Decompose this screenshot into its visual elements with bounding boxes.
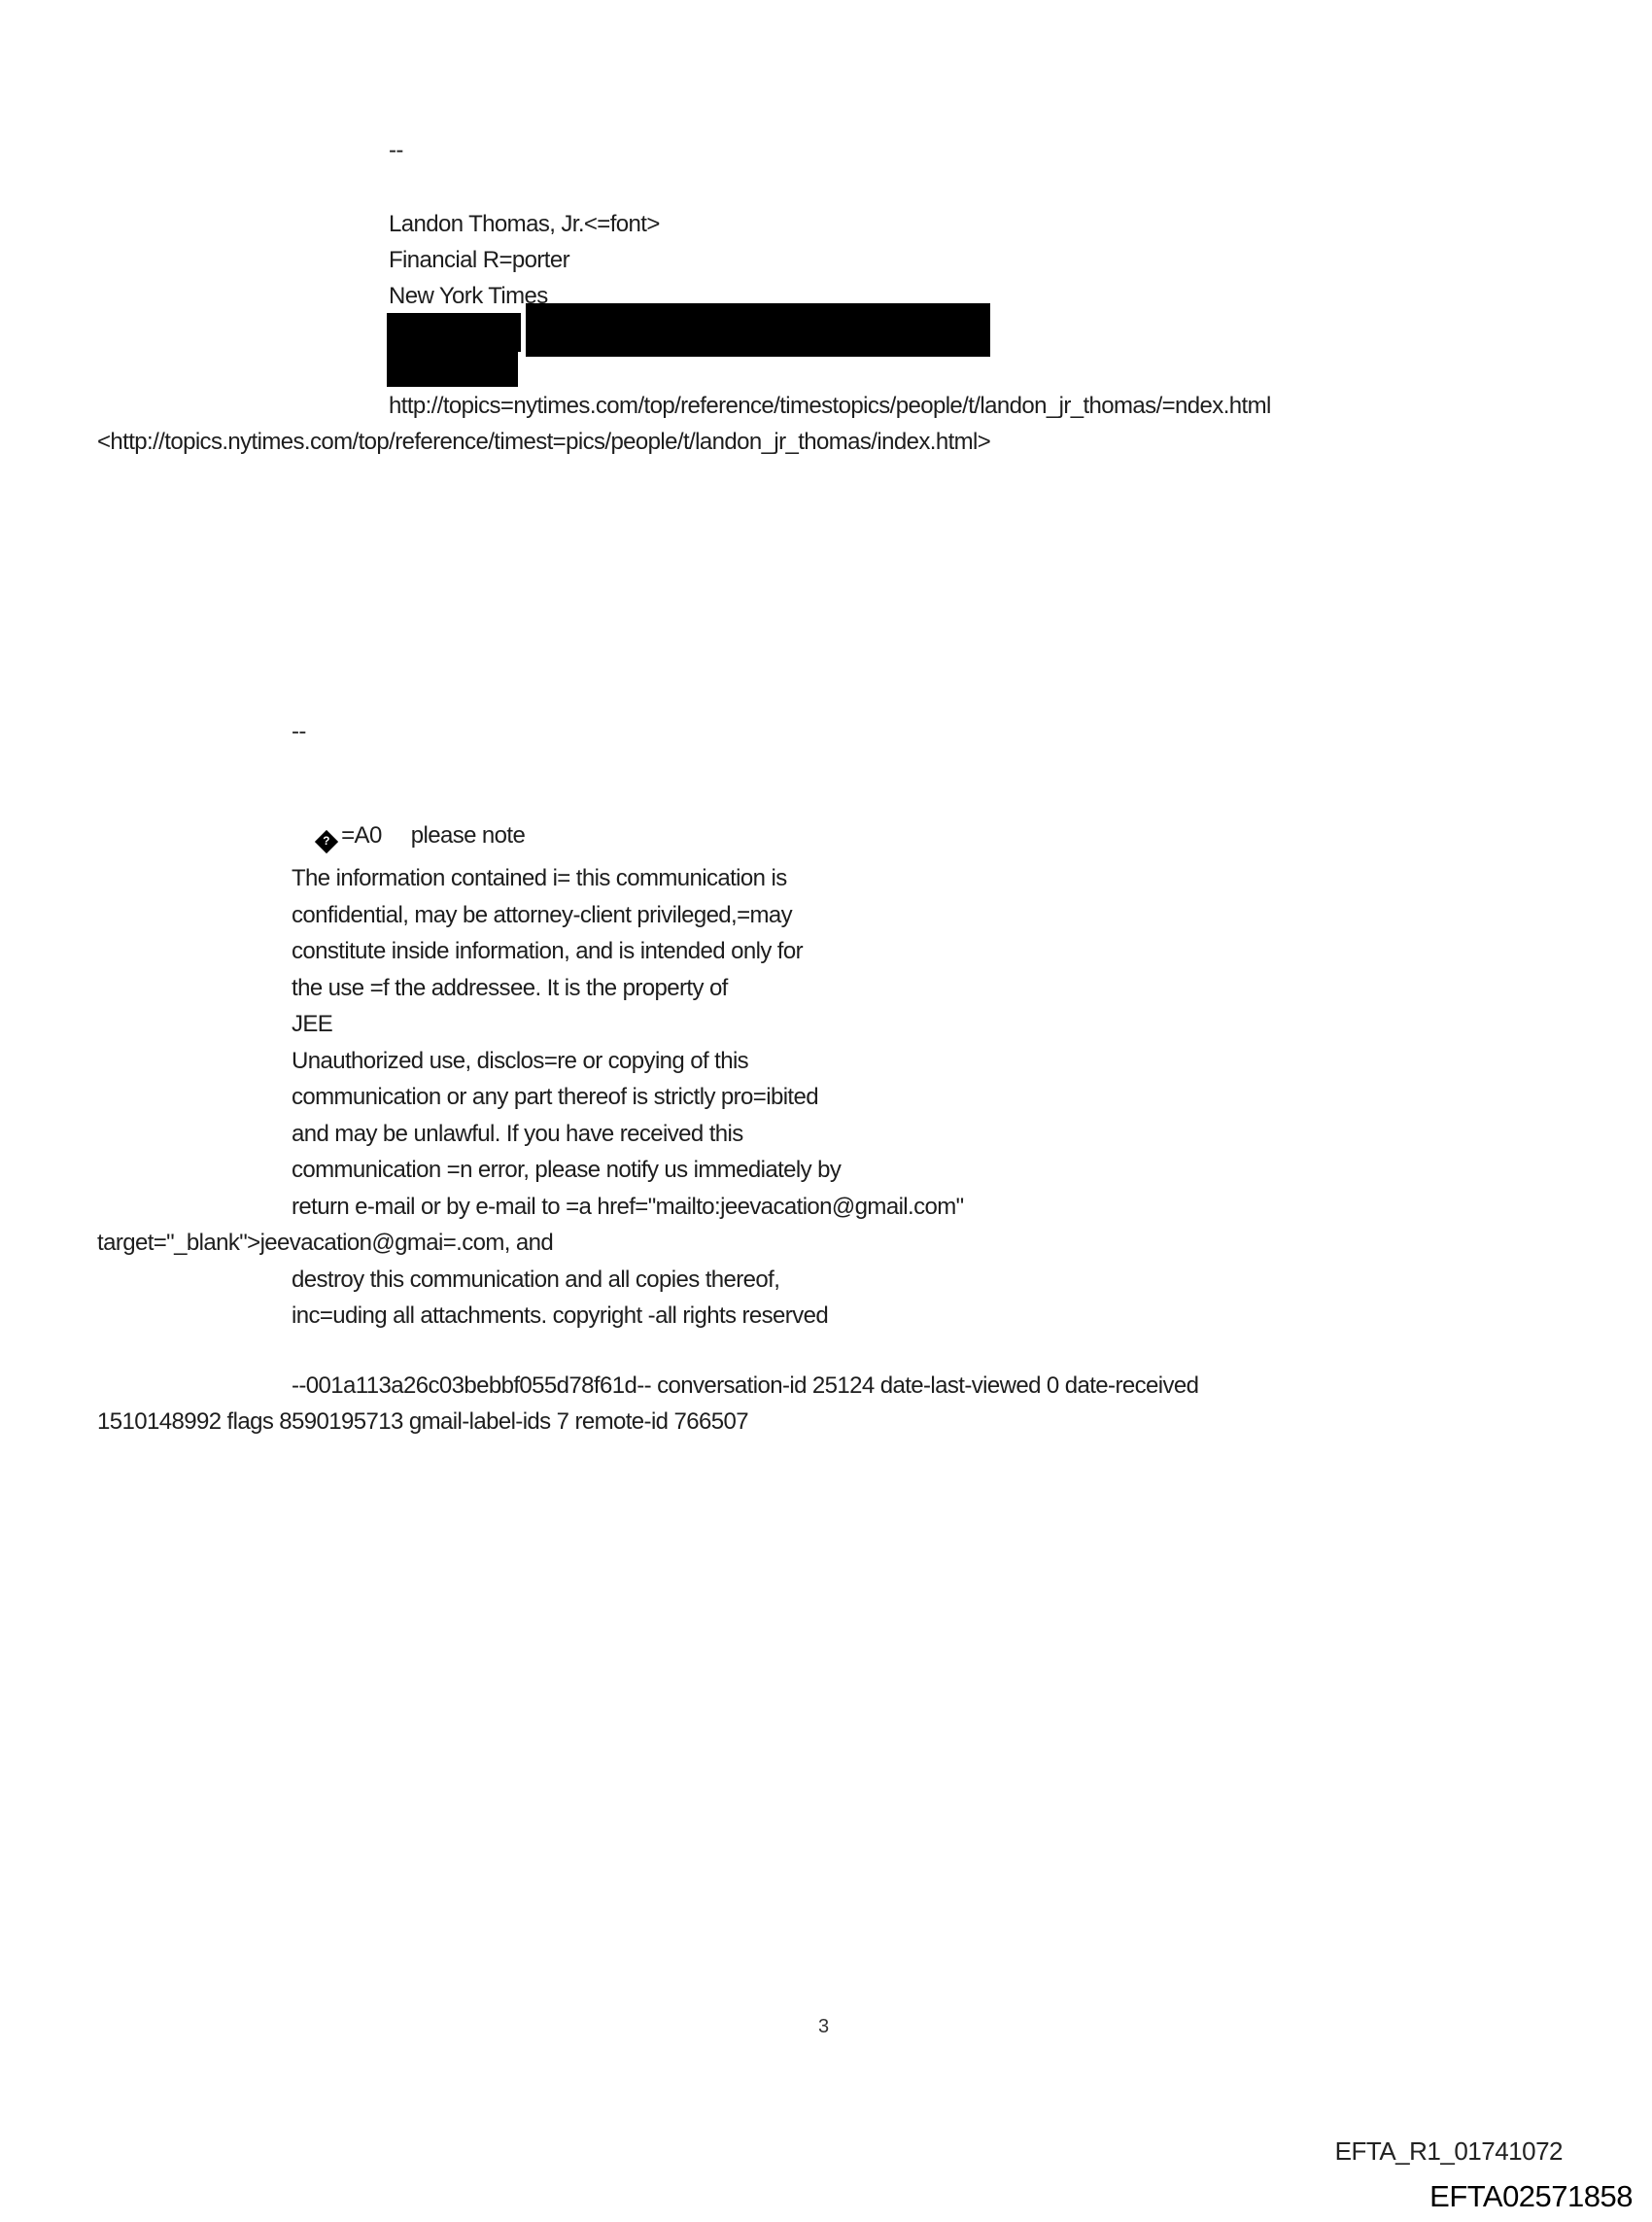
- profile-url[interactable]: http://topics=nytimes.com/top/reference/…: [389, 392, 1271, 421]
- disclaimer-line: constitute inside information, and is in…: [292, 937, 803, 966]
- replacement-char-icon: ?: [315, 830, 338, 853]
- note-prefix: =A0: [341, 822, 382, 849]
- disclaimer-separator: --: [292, 717, 306, 746]
- disclaimer-line: and may be unlawful. If you have receive…: [292, 1120, 743, 1149]
- disclaimer-line: communication or any part thereof is str…: [292, 1083, 818, 1112]
- signature-separator: --: [389, 136, 403, 165]
- disclaimer-line: target="_blank">jeevacation@gmai=.com, a…: [97, 1229, 553, 1258]
- bates-number-r1: EFTA_R1_01741072: [1335, 2136, 1563, 2167]
- disclaimer-line: communication =n error, please notify us…: [292, 1156, 841, 1185]
- disclaimer-line: inc=uding all attachments. copyright -al…: [292, 1302, 828, 1331]
- redaction-box: [387, 313, 521, 352]
- disclaimer-line: destroy this communication and all copie…: [292, 1266, 779, 1295]
- page-number: 3: [818, 2016, 829, 2038]
- disclaimer-line: Unauthorized use, disclos=re or copying …: [292, 1047, 748, 1076]
- profile-url-wrapped[interactable]: <http://topics.nytimes.com/top/reference…: [97, 428, 990, 457]
- signature-organization: New York Times: [389, 282, 548, 311]
- disclaimer-line: The information contained i= this commun…: [292, 864, 787, 893]
- signature-title: Financial R=porter: [389, 246, 569, 275]
- disclaimer-line: confidential, may be attorney-client pri…: [292, 901, 792, 930]
- disclaimer-line: JEE: [292, 1010, 332, 1039]
- metadata-line-wrapped: 1510148992 flags 8590195713 gmail-label-…: [97, 1407, 748, 1437]
- disclaimer-line: return e-mail or by e-mail to =a href="m…: [292, 1193, 964, 1222]
- signature-name: Landon Thomas, Jr.<=font>: [389, 210, 660, 239]
- metadata-line: --001a113a26c03bebbf055d78f61d-- convers…: [292, 1371, 1198, 1401]
- bates-number: EFTA02571858: [1429, 2179, 1633, 2214]
- redaction-box: [526, 303, 990, 357]
- redaction-box: [387, 348, 518, 387]
- note-label: please note: [411, 822, 526, 849]
- disclaimer-line: the use =f the addressee. It is the prop…: [292, 974, 728, 1003]
- please-note-line: ?=A0please note: [304, 792, 525, 821]
